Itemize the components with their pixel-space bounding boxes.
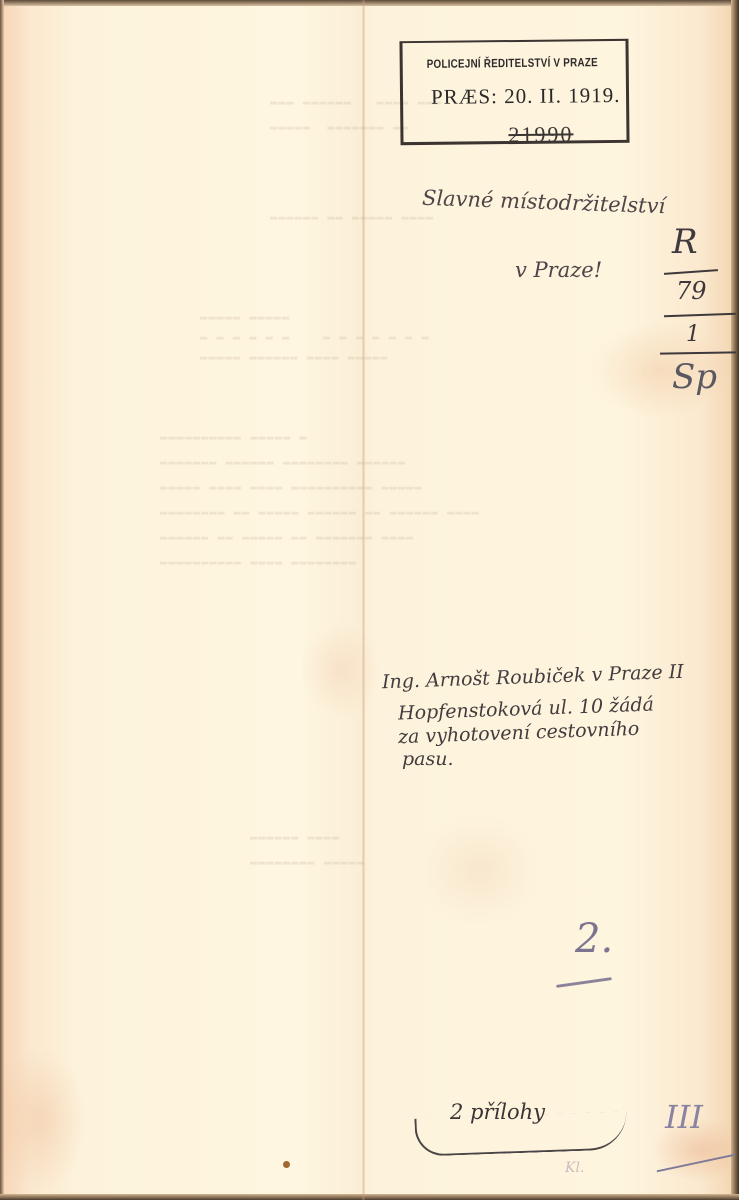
roman-numeral-underline bbox=[657, 1154, 736, 1173]
pencil-underline bbox=[556, 977, 612, 988]
bleed-through-texture: ▬▬▬▬▬▬ ▬▬ ▬▬▬▬▬ ▬▬ ▬▬▬▬▬▬▬ ▬▬▬▬ bbox=[160, 530, 414, 544]
bleed-through-texture: ▬▬▬▬▬▬▬▬ ▬▬▬▬▬ bbox=[250, 855, 365, 869]
bleed-through-texture: ▬▬▬▬▬▬ ▬▬▬▬ bbox=[250, 830, 340, 844]
reference-letter: R bbox=[672, 222, 698, 262]
reference-divider bbox=[664, 269, 718, 275]
bleed-through-texture: ▬ ▬ ▬ ▬ ▬ ▬ ▬ ▬ ▬ ▬ ▬ ▬ ▬ bbox=[200, 330, 430, 344]
page-edge-left bbox=[0, 0, 4, 1200]
page-edge-top bbox=[0, 0, 739, 6]
bleed-through-texture: ▬▬▬▬▬▬ ▬▬ ▬▬▬▬▬ ▬▬▬▬ bbox=[270, 210, 434, 224]
stamp-office-name: POLICEJNÍ ŘEDITELSTVÍ V PRAZE bbox=[427, 55, 598, 71]
bleed-through-texture: ▬▬▬▬▬▬▬▬▬▬ ▬▬▬▬ ▬▬▬▬▬▬▬▬ bbox=[160, 555, 357, 569]
bleed-through-texture: ▬▬▬▬▬▬▬▬▬▬ ▬▬▬▬▬ ▬ bbox=[160, 430, 308, 444]
addressee-city: v Praze! bbox=[515, 258, 602, 282]
page-edge-right bbox=[731, 0, 739, 1200]
pencil-item-number: 2. bbox=[575, 916, 613, 962]
bleed-through-texture: ▬▬▬▬▬ ▬▬▬▬▬▬▬ ▬▬ bbox=[270, 120, 409, 134]
reference-divider bbox=[664, 313, 736, 318]
reference-divider bbox=[660, 351, 736, 354]
subject-line: Ing. Arnošt Roubiček v Praze II bbox=[382, 661, 684, 695]
bleed-through-texture: ▬▬▬▬▬ ▬▬▬▬▬ bbox=[200, 310, 290, 324]
bleed-through-texture: ▬▬▬▬▬▬▬ ▬▬▬▬▬▬ ▬▬▬▬▬▬▬▬ ▬▬▬▬▬▬ bbox=[160, 455, 406, 469]
stamp-date: PRÆS: 20. II. 1919. bbox=[431, 83, 621, 110]
page-edge-bottom bbox=[0, 1194, 739, 1200]
document-page: ▬▬▬ ▬▬▬▬▬▬ ▬▬▬▬ ▬▬▬ ▬▬▬▬▬ ▬▬▬▬▬▬▬ ▬▬ ▬▬▬… bbox=[0, 0, 739, 1200]
roman-numeral-note: III bbox=[665, 1098, 703, 1136]
reference-department: Sp bbox=[672, 357, 717, 397]
faint-initials: Kl. bbox=[565, 1160, 584, 1176]
bleed-through-texture: ▬▬▬▬▬ ▬▬▬▬▬▬ ▬▬▬▬ ▬▬▬▬▬ bbox=[200, 350, 389, 364]
bleed-through-texture: ▬▬▬▬▬ ▬▬▬▬ ▬▬▬▬ ▬▬▬▬▬▬▬▬▬▬ ▬▬▬▬▬ bbox=[160, 480, 422, 494]
center-fold-crease bbox=[362, 0, 365, 1200]
reference-sub-number: 1 bbox=[686, 322, 700, 347]
attachments-underline-flourish bbox=[414, 1111, 627, 1156]
reference-number: 79 bbox=[676, 277, 707, 305]
addressee-salutation: Slavné místodržitelství bbox=[422, 186, 666, 218]
stamp-registry-number: 21990 bbox=[508, 121, 573, 148]
ink-spot bbox=[283, 1161, 290, 1168]
police-receipt-stamp: POLICEJNÍ ŘEDITELSTVÍ V PRAZE PRÆS: 20. … bbox=[399, 39, 629, 145]
subject-line: pasu. bbox=[402, 748, 454, 771]
bleed-through-texture: ▬▬▬▬▬▬▬▬ ▬▬ ▬▬▬▬▬ ▬▬▬▬▬▬ ▬▬ ▬▬▬▬▬▬ ▬▬▬▬ bbox=[160, 505, 480, 519]
